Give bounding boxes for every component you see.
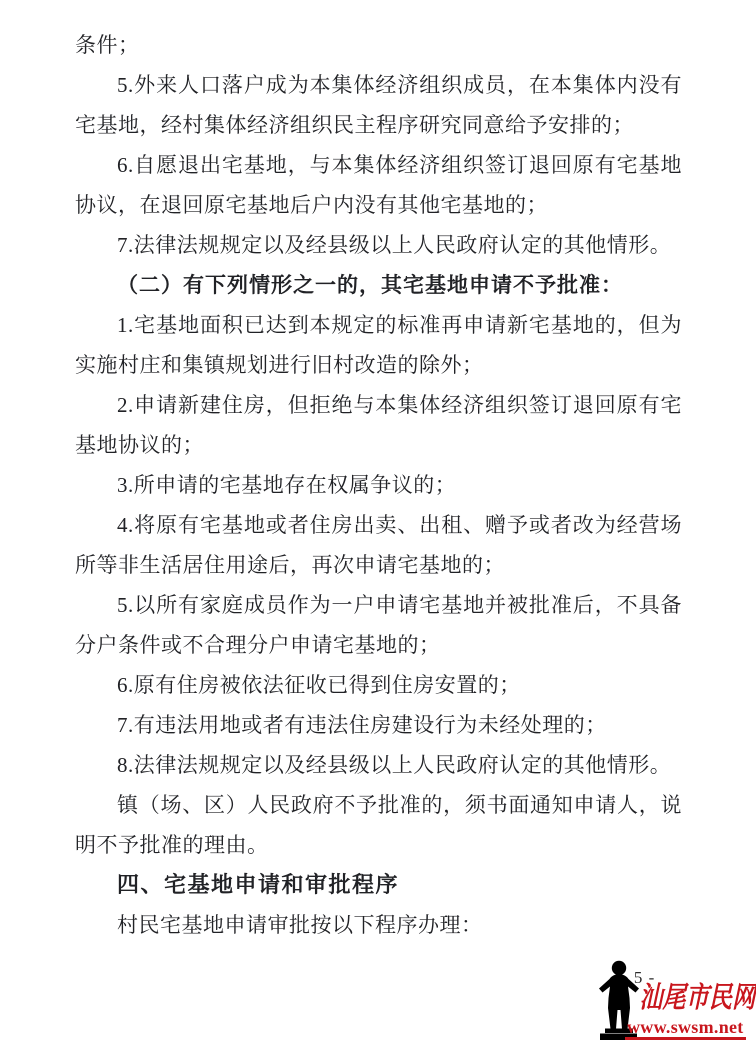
paragraph: 4.将原有宅基地或者住房出卖、出租、赠予或者改为经营场所等非生活居住用途后，再次…: [75, 505, 682, 585]
paragraph: 5.外来人口落户成为本集体经济组织成员，在本集体内没有宅基地，经村集体经济组织民…: [75, 65, 682, 145]
paragraph: 8.法律法规规定以及经县级以上人民政府认定的其他情形。: [75, 745, 682, 785]
paragraph: 3.所申请的宅基地存在权属争议的；: [75, 465, 682, 505]
paragraph: 7.法律法规规定以及经县级以上人民政府认定的其他情形。: [75, 225, 682, 265]
paragraph: 1.宅基地面积已达到本规定的标准再申请新宅基地的，但为实施村庄和集镇规划进行旧村…: [75, 305, 682, 385]
paragraph-continuation: 条件；: [75, 25, 682, 65]
watermark-site-name: 汕尾市民网: [638, 984, 756, 1013]
document-page: 条件； 5.外来人口落户成为本集体经济组织成员，在本集体内没有宅基地，经村集体经…: [0, 0, 756, 1040]
paragraph: 村民宅基地申请审批按以下程序办理：: [75, 905, 682, 945]
paragraph: 6.原有住房被依法征收已得到住房安置的；: [75, 665, 682, 705]
paragraph: 5.以所有家庭成员作为一户申请宅基地并被批准后，不具备分户条件或不合理分户申请宅…: [75, 585, 682, 665]
paragraph: 2.申请新建住房，但拒绝与本集体经济组织签订退回原有宅基地协议的；: [75, 385, 682, 465]
document-body: 条件； 5.外来人口落户成为本集体经济组织成员，在本集体内没有宅基地，经村集体经…: [0, 0, 756, 945]
paragraph: 7.有违法用地或者有违法住房建设行为未经处理的；: [75, 705, 682, 745]
paragraph: 6.自愿退出宅基地，与本集体经济组织签订退回原有宅基地协议，在退回原宅基地后户内…: [75, 145, 682, 225]
watermark-site-url: www.swsm.net: [625, 1018, 746, 1040]
site-watermark: 汕尾市民网 www.swsm.net: [590, 960, 755, 1040]
paragraph: 镇（场、区）人民政府不予批准的，须书面通知申请人，说明不予批准的理由。: [75, 785, 682, 865]
subsection-heading: （二）有下列情形之一的，其宅基地申请不予批准：: [75, 265, 682, 305]
section-heading: 四、宅基地申请和审批程序: [75, 865, 682, 905]
